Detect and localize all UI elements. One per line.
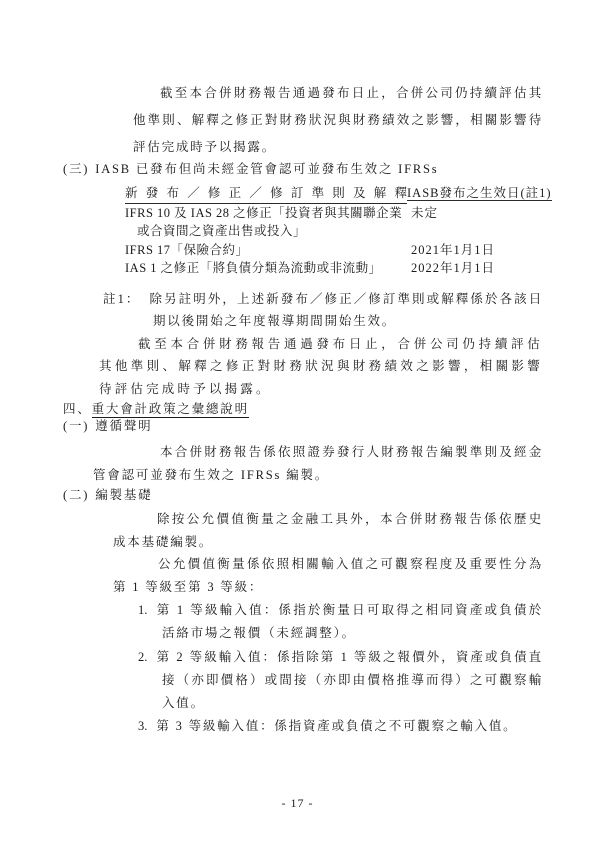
subsection-compliance-title: 遵循聲明 — [95, 419, 152, 433]
ifrs-standards-table: 新發布／修正／修訂準則及解釋 IASB發布之生效日(註1) IFRS 10 及 … — [125, 184, 545, 278]
intro-paragraph: 截至本合併財務報告通過發布日止，合併公司仍持續評估其他準則、解釋之修正對財務狀況… — [133, 80, 543, 161]
footnote-label: 註1： — [103, 292, 141, 306]
closing-paragraph: 截至本合併財務報告通過發布日止，合併公司仍持續評估其他準則、解釋之修正對財務狀況… — [99, 333, 543, 401]
subsection-basis-label: (二) — [63, 488, 89, 502]
section-iasb-title: IASB 已發布但尚未經金管會認可並發布生效之 IFRSs — [95, 162, 438, 176]
table-footnote: 註1：除另註明外，上述新發布／修正／修訂準則或解釋係於各該日期以後開始之年度報導… — [103, 288, 543, 333]
section-policies-title: 重大會計政策之彙總說明 — [92, 402, 249, 418]
standard-name: IAS 1 之修正「將負債分類為流動或非流動」 — [125, 259, 411, 278]
effective-date: 未定 — [411, 204, 545, 241]
subsection-compliance-label: (一) — [63, 419, 89, 433]
table-header-effective-date-cell: IASB發布之生效日(註1) — [407, 184, 545, 204]
document-page: 截至本合併財務報告通過發布日止，合併公司仍持續評估其他準則、解釋之修正對財務狀況… — [0, 0, 595, 842]
section-iasb-label: (三) — [63, 162, 89, 176]
list-item-text: 第 1 等級輸入值：係指於衡量日可取得之相同資產或負債於活絡市場之報價（未經調整… — [156, 603, 543, 640]
page-content: 截至本合併財務報告通過發布日止，合併公司仍持續評估其他準則、解釋之修正對財務狀況… — [63, 80, 543, 739]
list-item: 3.第 3 等級輸入值：係指資產或負債之不可觀察之輸入值。 — [138, 715, 543, 738]
table-header-standard: 新發布／修正／修訂準則及解釋 — [125, 184, 407, 204]
effective-date: 2022年1月1日 — [411, 259, 545, 278]
list-item-number: 3. — [138, 719, 147, 733]
section-policies-label: 四、 — [63, 402, 92, 416]
fair-value-level-list: 1.第 1 等級輸入值：係指於衡量日可取得之相同資產或負債於活絡市場之報價（未經… — [138, 599, 543, 739]
list-item-number: 2. — [138, 650, 147, 664]
footnote-text: 除另註明外，上述新發布／修正／修訂準則或解釋係於各該日期以後開始之年度報導期間開… — [150, 292, 543, 329]
table-header-row: 新發布／修正／修訂準則及解釋 IASB發布之生效日(註1) — [125, 184, 545, 204]
list-item-text: 第 3 等級輸入值：係指資產或負債之不可觀察之輸入值。 — [156, 719, 517, 733]
list-item: 1.第 1 等級輸入值：係指於衡量日可取得之相同資產或負債於活絡市場之報價（未經… — [138, 599, 543, 646]
table-row: IAS 1 之修正「將負債分類為流動或非流動」 2022年1月1日 — [125, 259, 545, 278]
table-row: IFRS 17「保險合約」 2021年1月1日 — [125, 241, 545, 260]
list-item-number: 1. — [138, 603, 147, 617]
effective-date: 2021年1月1日 — [411, 241, 545, 260]
list-item-text: 第 2 等級輸入值：係指除第 1 等級之報價外，資產或負債直接（亦即價格）或間接… — [156, 650, 543, 711]
page-number: - 17 - — [0, 796, 595, 811]
table-row: IFRS 10 及 IAS 28 之修正「投資者與其關聯企業或合資間之資產出售或… — [125, 204, 545, 241]
table-header-effective-date: IASB發布之生效日(註1) — [407, 186, 552, 201]
basis-paragraph-2: 公允價值衡量係依照相關輸入值之可觀察程度及重要性分為第 1 等級至第 3 等級： — [113, 553, 543, 598]
subsection-basis-heading: (二)編製基礎 — [63, 487, 543, 504]
list-item: 2.第 2 等級輸入值：係指除第 1 等級之報價外，資產或負債直接（亦即價格）或… — [138, 646, 543, 716]
basis-paragraph-1: 除按公允價值衡量之金融工具外，本合併財務報告係依歷史成本基礎編製。 — [113, 508, 543, 553]
section-iasb-heading: (三)IASB 已發布但尚未經金管會認可並發布生效之 IFRSs — [63, 161, 543, 178]
compliance-paragraph: 本合併財務報告係依照證券發行人財務報告編製準則及經金管會認可並發布生效之 IFR… — [93, 441, 543, 487]
standard-name: IFRS 17「保險合約」 — [125, 241, 411, 260]
subsection-compliance-heading: (一)遵循聲明 — [63, 418, 543, 435]
section-policies-heading: 四、重大會計政策之彙總說明 — [63, 400, 543, 418]
standard-name: IFRS 10 及 IAS 28 之修正「投資者與其關聯企業或合資間之資產出售或… — [125, 204, 411, 241]
subsection-basis-title: 編製基礎 — [95, 488, 152, 502]
